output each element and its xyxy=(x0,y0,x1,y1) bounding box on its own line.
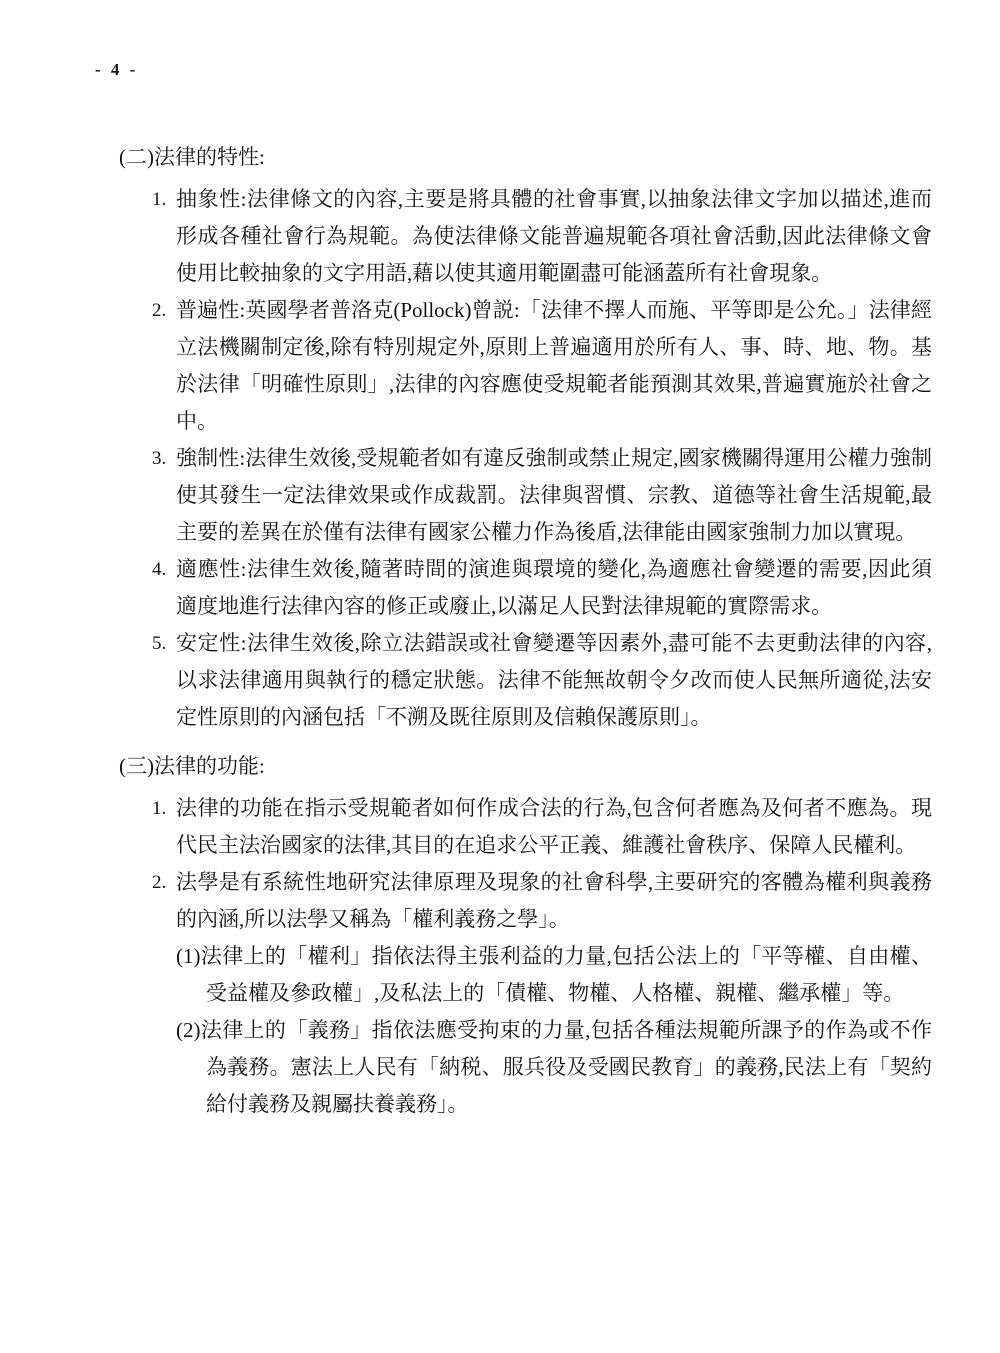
section-law-functions: (三)法律的功能: 1. 法律的功能在指示受規範者如何作成合法的行為,包含何者應… xyxy=(119,748,932,1123)
item-text: 法律的功能在指示受規範者如何作成合法的行為,包含何者應為及何者不應為。現代民主法… xyxy=(176,790,932,864)
section-heading: (二)法律的特性: xyxy=(119,139,932,176)
item-number: 4. xyxy=(152,551,176,588)
list-item: 2. 法學是有系統性地研究法律原理及現象的社會科學,主要研究的客體為權利與義務的… xyxy=(152,864,932,1123)
item-text: 強制性:法律生效後,受規範者如有違反強制或禁止規定,國家機關得運用公權力強制使其… xyxy=(176,440,932,551)
item-number: 2. xyxy=(152,292,176,329)
sub-list-item: (2)法律上的「義務」指依法應受拘束的力量,包括各種法規範所課予的作為或不作為義… xyxy=(176,1012,932,1123)
list-item: 4. 適應性:法律生效後,隨著時間的演進與環境的變化,為適應社會變遷的需要,因此… xyxy=(152,551,932,625)
subitem-text: 法律上的「義務」指依法應受拘束的力量,包括各種法規範所課予的作為或不作為義務。憲… xyxy=(201,1018,933,1116)
subitem-number: (2) xyxy=(176,1018,201,1042)
list-item: 2. 普遍性:英國學者普洛克(Pollock)曾説:「法律不擇人而施、平等即是公… xyxy=(152,292,932,440)
document-page: - 4 - (二)法律的特性: 1. 抽象性:法律條文的內容,主要是將具體的社會… xyxy=(0,0,1000,1353)
item-number: 3. xyxy=(152,440,176,477)
numbered-list: 1. 抽象性:法律條文的內容,主要是將具體的社會事實,以抽象法律文字加以描述,進… xyxy=(152,181,932,736)
list-item: 5. 安定性:法律生效後,除立法錯誤或社會變遷等因素外,盡可能不去更動法律的內容… xyxy=(152,625,932,736)
numbered-list: 1. 法律的功能在指示受規範者如何作成合法的行為,包含何者應為及何者不應為。現代… xyxy=(152,790,932,1123)
list-item: 1. 法律的功能在指示受規範者如何作成合法的行為,包含何者應為及何者不應為。現代… xyxy=(152,790,932,864)
list-item: 3. 強制性:法律生效後,受規範者如有違反強制或禁止規定,國家機關得運用公權力強… xyxy=(152,440,932,551)
item-number: 1. xyxy=(152,181,176,218)
section-heading: (三)法律的功能: xyxy=(119,748,932,785)
sub-list-item: (1)法律上的「權利」指依法得主張利益的力量,包括公法上的「平等權、自由權、受益… xyxy=(176,938,932,1012)
subitem-text: 法律上的「權利」指依法得主張利益的力量,包括公法上的「平等權、自由權、受益權及參… xyxy=(201,944,933,1005)
page-number: - 4 - xyxy=(95,60,138,80)
item-text: 適應性:法律生效後,隨著時間的演進與環境的變化,為適應社會變遷的需要,因此須適度… xyxy=(176,551,932,625)
item-number: 5. xyxy=(152,625,176,662)
page-content: (二)法律的特性: 1. 抽象性:法律條文的內容,主要是將具體的社會事實,以抽象… xyxy=(119,139,932,1123)
item-number: 2. xyxy=(152,864,176,901)
item-text: 抽象性:法律條文的內容,主要是將具體的社會事實,以抽象法律文字加以描述,進而形成… xyxy=(176,181,932,292)
item-number: 1. xyxy=(152,790,176,827)
item-text: 普遍性:英國學者普洛克(Pollock)曾説:「法律不擇人而施、平等即是公允。」… xyxy=(176,292,932,440)
item-paragraph: 法學是有系統性地研究法律原理及現象的社會科學,主要研究的客體為權利與義務的內涵,… xyxy=(176,864,932,938)
item-text: 安定性:法律生效後,除立法錯誤或社會變遷等因素外,盡可能不去更動法律的內容,以求… xyxy=(176,625,932,736)
list-item: 1. 抽象性:法律條文的內容,主要是將具體的社會事實,以抽象法律文字加以描述,進… xyxy=(152,181,932,292)
subitem-number: (1) xyxy=(176,944,201,968)
item-text: 法學是有系統性地研究法律原理及現象的社會科學,主要研究的客體為權利與義務的內涵,… xyxy=(176,864,932,1123)
section-law-characteristics: (二)法律的特性: 1. 抽象性:法律條文的內容,主要是將具體的社會事實,以抽象… xyxy=(119,139,932,736)
